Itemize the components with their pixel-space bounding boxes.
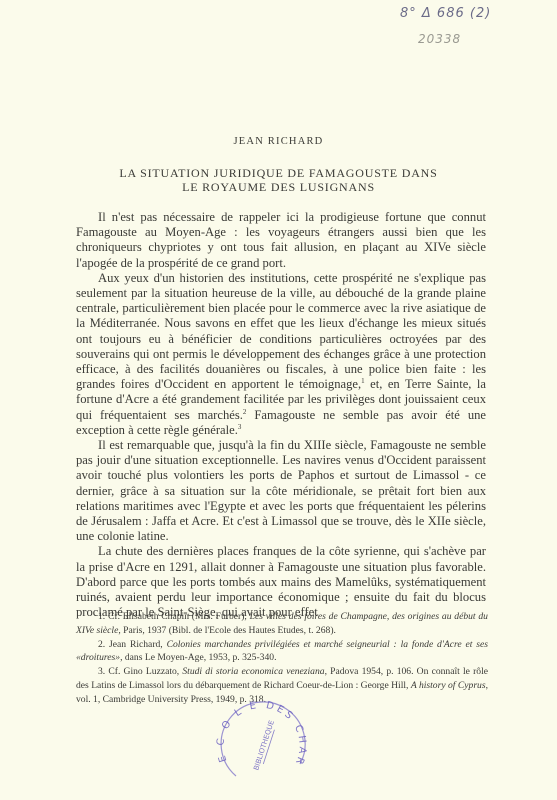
footnote-2: 2. Jean Richard, Colonies marchandes pri… [76, 638, 488, 666]
footnote-text: , Paris, 1937 (Bibl. de l'Ecole des Haut… [118, 625, 336, 636]
paragraph-1: Il n'est pas nécessaire de rappeler ici … [76, 210, 486, 271]
handwritten-shelfmark: 8° Δ 686 (2) [400, 6, 491, 21]
footnote-text: , dans Le Moyen-Age, 1953, p. 325-340. [120, 652, 276, 663]
footnote-title: Studi di storia economica veneziana [182, 666, 324, 677]
footnote-text: Cf. Gino Luzzato, [105, 666, 182, 677]
article-title: LA SITUATION JURIDIQUE DE FAMAGOUSTE DAN… [0, 166, 557, 194]
footnote-title: A history of Cyprus [411, 680, 486, 691]
footnote-text: Cf. Elisabeth Chapin (Mrs. Furber), [105, 611, 249, 622]
handwritten-accession-number: 20338 [418, 32, 461, 46]
author-name: JEAN RICHARD [0, 136, 557, 147]
paragraph-3: Il est remarquable que, jusqu'à la fin d… [76, 438, 486, 544]
title-line-2: LE ROYAUME DES LUSIGNANS [0, 180, 557, 194]
footnote-1: 1. Cf. Elisabeth Chapin (Mrs. Furber), L… [76, 610, 488, 638]
title-line-1: LA SITUATION JURIDIQUE DE FAMAGOUSTE DAN… [0, 166, 557, 180]
scanned-page: 8° Δ 686 (2) 20338 JEAN RICHARD LA SITUA… [0, 0, 557, 800]
article-body: Il n'est pas nécessaire de rappeler ici … [76, 210, 486, 620]
library-stamp-icon: E C O L E DES CHARTES BIBLIOTHEQUE [214, 692, 314, 792]
paragraph-2: Aux yeux d'un historien des institutions… [76, 271, 486, 438]
svg-text:BIBLIOTHEQUE: BIBLIOTHEQUE [252, 719, 276, 771]
footnote-ref-3[interactable]: 3 [238, 423, 242, 431]
footnote-text: Jean Richard, [105, 639, 166, 650]
paragraph-2-text: Aux yeux d'un historien des institutions… [76, 271, 486, 391]
